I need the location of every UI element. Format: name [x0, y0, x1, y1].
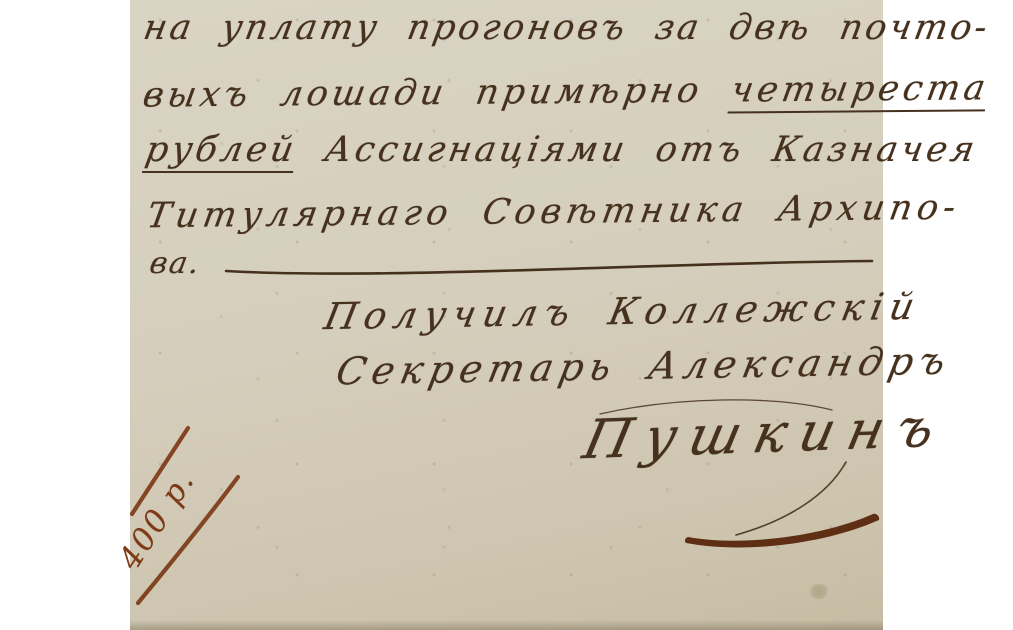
page: { "photo": { "description": "Photograph … [0, 0, 1013, 630]
ink-flourishes [130, 0, 883, 630]
flourish-above-signature [600, 400, 832, 414]
manuscript-photo: на уплату прогоновъ за двѣ почто- выхъ л… [130, 0, 883, 630]
signature-descender-stroke [736, 462, 846, 535]
diagonal-stroke-lower [138, 477, 238, 603]
long-dash-stroke [226, 261, 872, 274]
signature-paraph [685, 514, 879, 548]
diagonal-stroke-upper [132, 428, 188, 514]
